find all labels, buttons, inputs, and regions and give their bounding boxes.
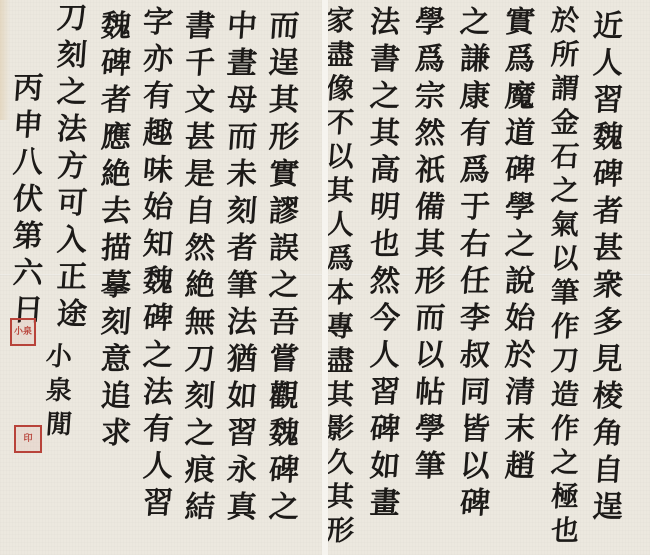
calligraphy-character: 見 [588,341,629,378]
calligraphy-column: 書千文甚是自然絶無刀刻之痕結 [181,8,219,526]
calligraphy-character: 爲 [455,152,496,189]
calligraphy-character: 明 [365,189,406,226]
calligraphy-character: 字 [138,4,179,41]
calligraphy-column: 實爲魔道碑學之說始於清末趙 [501,4,539,485]
calligraphy-character: 多 [588,304,629,341]
calligraphy-character: 方 [52,148,93,185]
calligraphy-character: 申 [8,107,49,144]
calligraphy-character: 盡 [328,344,360,378]
calligraphy-character: 甚 [588,230,629,267]
calligraphy-character: 棱 [588,378,629,415]
calligraphy-character: 人 [588,45,629,82]
calligraphy-character: 去 [96,193,137,230]
calligraphy-character: 入 [52,222,93,259]
calligraphy-character: 趣 [138,115,179,152]
calligraphy-character: 之 [52,74,93,111]
calligraphy-character: 描 [96,230,137,267]
calligraphy-character: 學 [500,189,541,226]
calligraphy-character: 碑 [500,152,541,189]
calligraphy-character: 結 [180,489,221,526]
calligraphy-character: 以 [410,337,451,374]
calligraphy-character: 魏 [96,8,137,45]
calligraphy-character: 筆 [410,448,451,485]
calligraphy-character: 伏 [8,181,49,218]
calligraphy-character: 千 [180,45,221,82]
calligraphy-character: 之 [264,489,305,526]
calligraphy-character: 影 [328,412,360,446]
calligraphy-character: 追 [96,378,137,415]
calligraphy-character: 刀 [52,0,93,37]
seal-lower-text: 印 [23,434,32,444]
calligraphy-character: 形 [264,119,305,156]
calligraphy-character: 之 [138,337,179,374]
calligraphy-character: 之 [264,267,305,304]
calligraphy-character: 途 [52,296,93,333]
calligraphy-column: 丙申八伏第六日 [9,70,47,329]
calligraphy-character: 刀 [545,344,585,378]
calligraphy-character: 碑 [96,45,137,82]
calligraphy-character: 實 [264,156,305,193]
calligraphy-character: 習 [222,415,263,452]
calligraphy-character: 痕 [180,452,221,489]
calligraphy-character: 氣 [545,208,585,242]
calligraphy-character: 刻 [180,378,221,415]
calligraphy-character: 有 [138,78,179,115]
calligraphy-character: 本 [328,276,360,310]
calligraphy-character: 爲 [328,242,360,276]
calligraphy-character: 者 [96,82,137,119]
calligraphy-character: 以 [545,242,585,276]
calligraphy-character: 如 [365,448,406,485]
calligraphy-character: 意 [96,341,137,378]
calligraphy-character: 永 [222,452,263,489]
calligraphy-character: 魏 [588,119,629,156]
calligraphy-character: 備 [410,189,451,226]
calligraphy-character: 家 [328,4,360,38]
calligraphy-character: 刀 [180,341,221,378]
calligraphy-character: 謬 [264,193,305,230]
calligraphy-character: 未 [222,156,263,193]
calligraphy-character: 衆 [588,267,629,304]
calligraphy-character: 久 [328,446,360,480]
calligraphy-character: 自 [180,193,221,230]
calligraphy-column: 近人習魏碑者甚衆多見棱角自逞 [589,8,627,526]
calligraphy-character: 逞 [264,45,305,82]
calligraphy-character: 習 [138,485,179,522]
calligraphy-character: 宗 [410,78,451,115]
calligraphy-character: 近 [588,8,629,45]
calligraphy-character: 之 [545,446,585,480]
calligraphy-character: 之 [500,226,541,263]
calligraphy-character: 康 [455,78,496,115]
calligraphy-character: 知 [138,226,179,263]
calligraphy-character: 然 [365,263,406,300]
calligraphy-character: 同 [455,374,496,411]
calligraphy-character: 甚 [180,119,221,156]
calligraphy-character: 畫 [365,485,406,522]
calligraphy-character: 其 [328,480,360,514]
calligraphy-character: 爲 [410,41,451,78]
calligraphy-character: 無 [180,304,221,341]
calligraphy-character: 帖 [410,374,451,411]
calligraphy-character: 習 [365,374,406,411]
calligraphy-character: 法 [222,304,263,341]
calligraphy-character: 造 [545,378,585,412]
calligraphy-character: 人 [138,448,179,485]
calligraphy-character: 誤 [264,230,305,267]
calligraphy-character: 石 [545,140,585,174]
calligraphy-character: 末 [500,411,541,448]
calligraphy-character: 六 [8,255,49,292]
calligraphy-character: 清 [500,374,541,411]
calligraphy-character: 然 [410,115,451,152]
calligraphy-character: 文 [180,82,221,119]
calligraphy-column: 學爲宗然祇備其形而以帖學筆 [411,4,449,485]
calligraphy-character: 爲 [500,41,541,78]
calligraphy-character: 魔 [500,78,541,115]
signature-character: 小 [39,340,79,374]
calligraphy-column: 魏碑者應絶去描摹刻意追求 [97,8,135,452]
calligraphy-character: 叔 [455,337,496,374]
calligraphy-character: 之 [455,4,496,41]
calligraphy-character: 法 [138,374,179,411]
calligraphy-character: 味 [138,152,179,189]
calligraphy-character: 八 [8,144,49,181]
calligraphy-character: 法 [52,111,93,148]
signature-character: 閒 [39,408,79,442]
calligraphy-character: 筆 [222,267,263,304]
calligraphy-character: 吾 [264,304,305,341]
calligraphy-character: 以 [328,140,360,174]
calligraphy-character: 真 [222,489,263,526]
calligraphy-character: 其 [365,115,406,152]
calligraphy-character: 可 [52,185,93,222]
seal-upper: 小泉 [10,318,36,346]
calligraphy-character: 人 [365,337,406,374]
calligraphy-character: 作 [545,310,585,344]
calligraphy-character: 觀 [264,378,305,415]
calligraphy-character: 應 [96,119,137,156]
calligraphy-character: 然 [180,230,221,267]
calligraphy-character: 於 [500,337,541,374]
calligraphy-character: 也 [365,226,406,263]
calligraphy-character: 是 [180,156,221,193]
calligraphy-character: 碑 [455,485,496,522]
calligraphy-character: 有 [455,115,496,152]
seal-lower: 印 [14,425,42,453]
calligraphy-character: 於 [545,4,585,38]
calligraphy-character: 晝 [222,45,263,82]
calligraphy-character: 碑 [365,411,406,448]
calligraphy-character: 之 [365,78,406,115]
calligraphy-character: 有 [138,411,179,448]
calligraphy-character: 任 [455,263,496,300]
calligraphy-character: 書 [365,41,406,78]
calligraphy-character: 實 [500,4,541,41]
calligraphy-character: 始 [138,189,179,226]
calligraphy-character: 作 [545,412,585,446]
calligraphy-character: 形 [328,514,360,548]
calligraphy-character: 說 [500,263,541,300]
calligraphy-character: 筆 [545,276,585,310]
calligraphy-character: 正 [52,259,93,296]
calligraphy-character: 刻 [222,193,263,230]
calligraphy-character: 不 [328,106,360,140]
calligraphy-character: 刻 [96,304,137,341]
calligraphy-character: 其 [328,378,360,412]
calligraphy-character: 謙 [455,41,496,78]
calligraphy-character: 者 [588,193,629,230]
calligraphy-character: 碑 [264,452,305,489]
calligraphy-character: 中 [222,8,263,45]
calligraphy-character: 高 [365,152,406,189]
calligraphy-character: 逞 [588,489,629,526]
calligraphy-character: 如 [222,378,263,415]
calligraphy-character: 今 [365,300,406,337]
calligraphy-character: 而 [222,119,263,156]
calligraphy-character: 其 [328,174,360,208]
calligraphy-character: 形 [410,263,451,300]
calligraphy-character: 專 [328,310,360,344]
calligraphy-character: 也 [545,514,585,548]
calligraphy-character: 皆 [455,411,496,448]
calligraphy-character: 法 [365,4,406,41]
calligraphy-character: 絶 [180,267,221,304]
calligraphy-character: 亦 [138,41,179,78]
calligraphy-character: 學 [410,4,451,41]
calligraphy-character: 其 [264,82,305,119]
calligraphy-character: 趙 [500,448,541,485]
calligraphy-character: 道 [500,115,541,152]
calligraphy-column: 字亦有趣味始知魏碑之法有人習 [139,4,177,522]
calligraphy-character: 碑 [588,156,629,193]
calligraphy-character: 李 [455,300,496,337]
calligraphy-character: 盡 [328,38,360,72]
calligraphy-character: 絶 [96,156,137,193]
calligraphy-character: 書 [180,8,221,45]
left-calligraphy-sheet: 而逞其形實謬誤之吾嘗觀魏碑之中晝母而未刻者筆法猶如習永真書千文甚是自然絶無刀刻之… [0,0,322,555]
calligraphy-column: 於所謂金石之氣以筆作刀造作之極也 [546,4,584,548]
signature-column: 小泉閒 [40,340,78,442]
calligraphy-character: 于 [455,189,496,226]
calligraphy-character: 極 [545,480,585,514]
calligraphy-character: 者 [222,230,263,267]
calligraphy-character: 謂 [545,72,585,106]
calligraphy-character: 母 [222,82,263,119]
calligraphy-character: 以 [455,448,496,485]
calligraphy-character: 嘗 [264,341,305,378]
calligraphy-character: 碑 [138,300,179,337]
calligraphy-character: 而 [264,8,305,45]
calligraphy-character: 角 [588,415,629,452]
calligraphy-character: 魏 [138,263,179,300]
right-calligraphy-sheet: 近人習魏碑者甚衆多見棱角自逞於所謂金石之氣以筆作刀造作之極也實爲魔道碑學之說始於… [328,0,650,555]
calligraphy-column: 之謙康有爲于右任李叔同皆以碑 [456,4,494,522]
calligraphy-character: 摹 [96,267,137,304]
calligraphy-column: 中晝母而未刻者筆法猶如習永真 [223,8,261,526]
calligraphy-character: 之 [180,415,221,452]
calligraphy-character: 第 [8,218,49,255]
seal-upper-text: 小泉 [14,327,32,337]
calligraphy-character: 所 [545,38,585,72]
calligraphy-column: 刀刻之法方可入正途 [53,0,91,333]
calligraphy-character: 像 [328,72,360,106]
calligraphy-character: 刻 [52,37,93,74]
calligraphy-character: 求 [96,415,137,452]
signature-character: 泉 [39,374,79,408]
calligraphy-character: 之 [545,174,585,208]
calligraphy-character: 右 [455,226,496,263]
calligraphy-character: 金 [545,106,585,140]
calligraphy-character: 人 [328,208,360,242]
calligraphy-character: 習 [588,82,629,119]
calligraphy-character: 祇 [410,152,451,189]
calligraphy-column: 法書之其高明也然今人習碑如畫 [366,4,404,522]
calligraphy-column: 家盡像不以其人爲本專盡其影久其形 [328,4,359,548]
calligraphy-character: 而 [410,300,451,337]
calligraphy-character: 學 [410,411,451,448]
calligraphy-character: 魏 [264,415,305,452]
calligraphy-character: 其 [410,226,451,263]
calligraphy-character: 丙 [8,70,49,107]
calligraphy-character: 自 [588,452,629,489]
calligraphy-column: 而逞其形實謬誤之吾嘗觀魏碑之 [265,8,303,526]
calligraphy-character: 始 [500,300,541,337]
calligraphy-character: 猶 [222,341,263,378]
